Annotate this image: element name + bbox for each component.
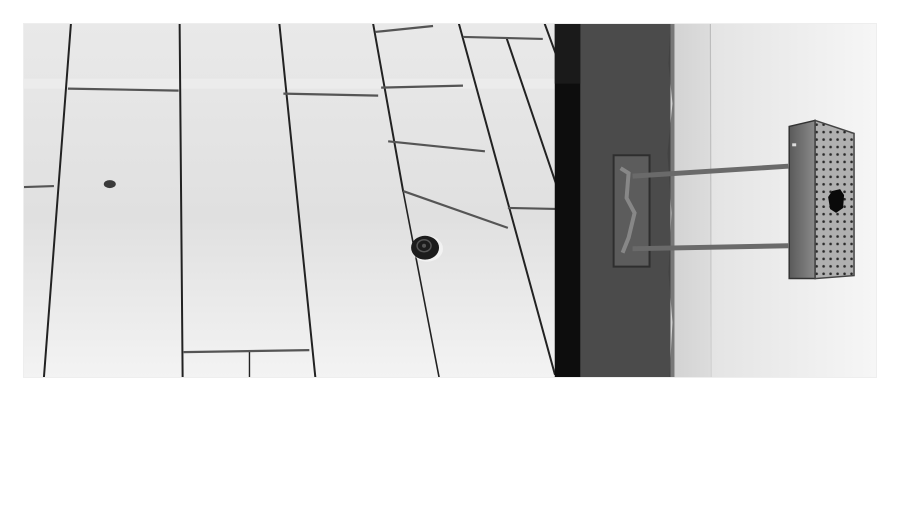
photo-canvas xyxy=(24,24,876,377)
lower-rod xyxy=(633,246,789,249)
photograph xyxy=(23,23,877,378)
drain-cap xyxy=(411,236,443,262)
perforated-box xyxy=(789,120,854,278)
floor-spot xyxy=(104,180,116,188)
floor-tiles-panel xyxy=(24,24,556,377)
wall-box-panel xyxy=(581,24,876,377)
